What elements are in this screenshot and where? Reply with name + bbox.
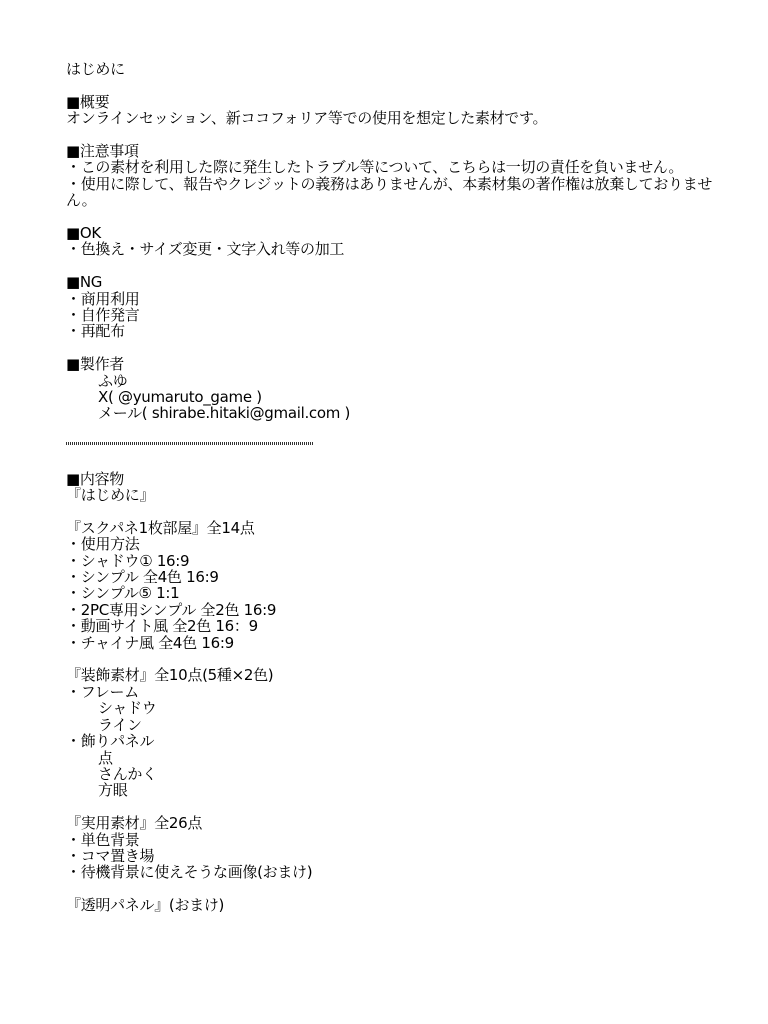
ng-item: ・再配布: [66, 323, 716, 339]
blank-line: [66, 77, 716, 93]
blank-line: [66, 799, 716, 815]
decoration-frame-item: ライン: [66, 717, 716, 733]
decoration-panel-item: 方眼: [66, 782, 716, 798]
creator-heading: ■製作者: [66, 356, 716, 372]
notes-item: ・この素材を利用した際に発生したトラブル等について、こちらは一切の責任を負いませ…: [66, 159, 716, 175]
blank-line: [66, 454, 716, 470]
sukupane-item: ・シンプル⑤ 1:1: [66, 585, 716, 601]
contents-heading: ■内容物: [66, 471, 716, 487]
decoration-title: 『装飾素材』全10点(5種×2色): [66, 667, 716, 683]
blank-line: [66, 422, 716, 438]
transparent-panel-title: 『透明パネル』(おまけ): [66, 897, 716, 913]
decoration-frame-item: シャドウ: [66, 700, 716, 716]
creator-mail: メール( shirabe.hitaki@gmail.com ): [66, 405, 716, 421]
sukupane-item: ・シンプル 全4色 16:9: [66, 569, 716, 585]
blank-line: [66, 209, 716, 225]
sukupane-item: ・動画サイト風 全2色 16：9: [66, 618, 716, 634]
notes-item: ・使用に際して、報告やクレジットの義務はありませんが、本素材集の著作権は放棄して…: [66, 176, 716, 209]
creator-x-account: X( @yumaruto_game ): [66, 389, 716, 405]
blank-line: [66, 651, 716, 667]
page-title: はじめに: [66, 61, 716, 77]
sukupane-title: 『スクパネ1枚部屋』全14点: [66, 520, 716, 536]
decoration-panel: ・飾りパネル: [66, 733, 716, 749]
practical-item: ・単色背景: [66, 832, 716, 848]
ok-heading: ■OK: [66, 225, 716, 241]
sukupane-item: ・使用方法: [66, 536, 716, 552]
blank-line: [66, 881, 716, 897]
creator-name: ふゆ: [66, 373, 716, 389]
contents-intro: 『はじめに』: [66, 487, 716, 503]
blank-line: [66, 127, 716, 143]
sukupane-item: ・チャイナ風 全4色 16:9: [66, 635, 716, 651]
ng-item: ・商用利用: [66, 291, 716, 307]
sukupane-item: ・シャドウ① 16:9: [66, 553, 716, 569]
practical-title: 『実用素材』全26点: [66, 815, 716, 831]
dotted-divider: [66, 442, 313, 445]
decoration-frame: ・フレーム: [66, 684, 716, 700]
ok-item: ・色換え・サイズ変更・文字入れ等の加工: [66, 241, 716, 257]
overview-text: オンラインセッション、新ココフォリア等での使用を想定した素材です。: [66, 110, 716, 126]
practical-item: ・待機背景に使えそうな画像(おまけ): [66, 864, 716, 880]
notes-heading: ■注意事項: [66, 143, 716, 159]
sukupane-item: ・2PC専用シンプル 全2色 16:9: [66, 602, 716, 618]
decoration-panel-item: さんかく: [66, 766, 716, 782]
overview-heading: ■概要: [66, 94, 716, 110]
blank-line: [66, 258, 716, 274]
ng-item: ・自作発言: [66, 307, 716, 323]
practical-item: ・コマ置き場: [66, 848, 716, 864]
blank-line: [66, 503, 716, 519]
decoration-panel-item: 点: [66, 750, 716, 766]
ng-heading: ■NG: [66, 274, 716, 290]
document-body: はじめに ■概要 オンラインセッション、新ココフォリア等での使用を想定した素材で…: [66, 61, 716, 914]
blank-line: [66, 340, 716, 356]
